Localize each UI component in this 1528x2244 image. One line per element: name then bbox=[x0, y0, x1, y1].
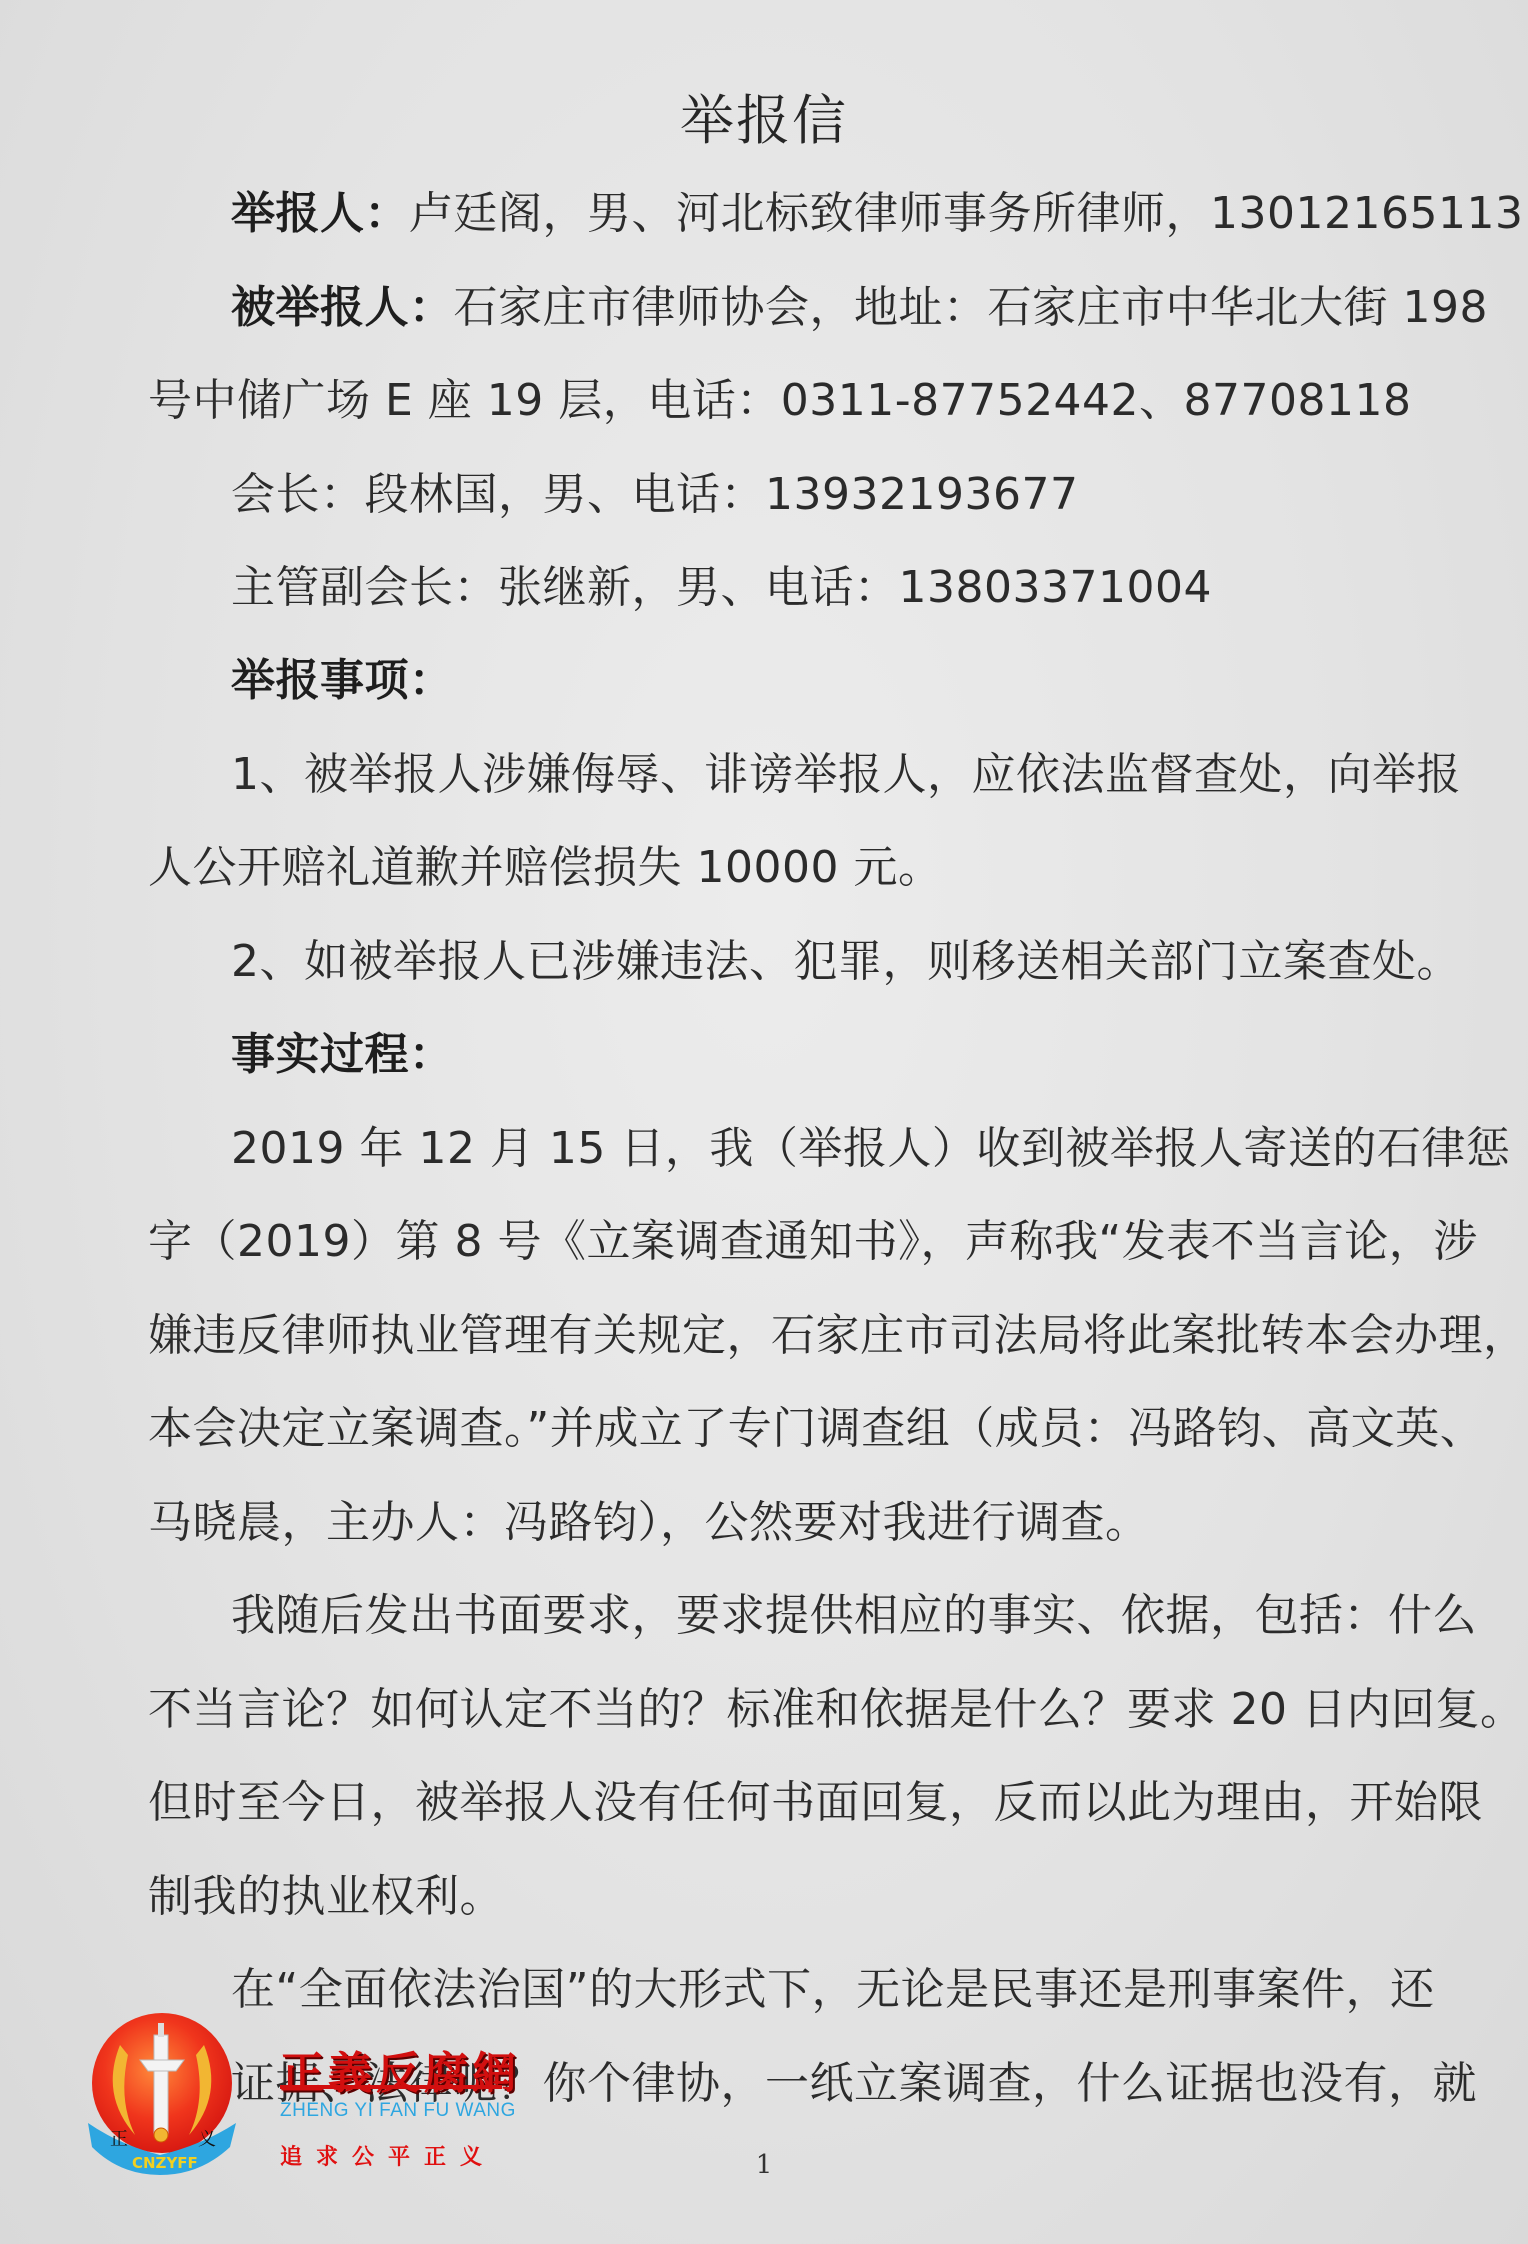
site-name-cn: 正義反腐網 bbox=[280, 2037, 520, 2101]
paragraph-1-line-2: 字（2019）第 8 号《立案调查通知书》，声称我“发表不当言论，涉 bbox=[148, 1216, 1478, 1268]
matters-heading: 举报事项： bbox=[231, 655, 454, 707]
matter-2-line-1: 2、如被举报人已涉嫌违法、犯罪，则移送相关部门立案查处。 bbox=[231, 936, 1461, 988]
reporter-label: 举报人： bbox=[231, 188, 409, 239]
paragraph-2-line-3: 但时至今日，被举报人没有任何书面回复，反而以此为理由，开始限 bbox=[148, 1777, 1483, 1829]
reported-line: 被举报人：石家庄市律师协会，地址：石家庄市中华北大街 198 bbox=[231, 282, 1488, 334]
paragraph-2-line-4: 制我的执业权利。 bbox=[148, 1871, 504, 1923]
paragraph-1-line-3: 嫌违反律师执业管理有关规定，石家庄市司法局将此案批转本会办理， bbox=[148, 1310, 1528, 1362]
facts-heading: 事实过程： bbox=[231, 1029, 454, 1081]
matter-1-line-2: 人公开赔礼道歉并赔偿损失 10000 元。 bbox=[148, 842, 942, 894]
paragraph-1-line-1: 2019 年 12 月 15 日，我（举报人）收到被举报人寄送的石律惩 bbox=[231, 1123, 1510, 1175]
paragraph-1-line-4: 本会决定立案调查。”并成立了专门调查组（成员：冯路钧、高文英、 bbox=[148, 1403, 1484, 1455]
president-line: 会长：段林国，男、电话：13932193677 bbox=[231, 469, 1078, 521]
reporter-value: 卢廷阁，男、河北标致律师事务所律师，13012165113 bbox=[409, 188, 1523, 239]
matter-1-line-1: 1、被举报人涉嫌侮辱、诽谤举报人，应依法监督查处，向举报 bbox=[231, 749, 1461, 801]
site-name-underline bbox=[280, 2085, 502, 2089]
svg-text:正: 正 bbox=[110, 2129, 128, 2150]
reporter-line: 举报人：卢廷阁，男、河北标致律师事务所律师，13012165113 bbox=[231, 188, 1523, 240]
reported-label: 被举报人： bbox=[231, 282, 454, 333]
emblem-icon: 正 义 CNZYFF bbox=[80, 2005, 240, 2180]
site-slogan: 追求公平正义 bbox=[280, 2140, 496, 2171]
watermark-logo: 正 义 CNZYFF 正義反腐網 ZHENG YI FAN FU WANG 追求… bbox=[80, 2005, 520, 2225]
vice-president-line: 主管副会长：张继新，男、电话：13803371004 bbox=[231, 562, 1212, 614]
site-name-en: ZHENG YI FAN FU WANG bbox=[280, 2100, 516, 2122]
document-title: 举报信 bbox=[0, 78, 1528, 155]
svg-text:义: 义 bbox=[198, 2129, 216, 2150]
reported-address-continued: 号中储广场 E 座 19 层，电话：0311-87752442、87708118 bbox=[148, 375, 1412, 427]
svg-text:CNZYFF: CNZYFF bbox=[132, 2154, 198, 2172]
paragraph-2-line-2: 不当言论？如何认定不当的？标准和依据是什么？要求 20 日内回复。 bbox=[148, 1684, 1524, 1736]
paragraph-1-line-5: 马晓晨，主办人：冯路钧），公然要对我进行调查。 bbox=[148, 1497, 1150, 1549]
reported-value: 石家庄市律师协会，地址：石家庄市中华北大街 198 bbox=[454, 282, 1488, 333]
paragraph-2-line-1: 我随后发出书面要求，要求提供相应的事实、依据，包括：什么 bbox=[231, 1590, 1477, 1642]
